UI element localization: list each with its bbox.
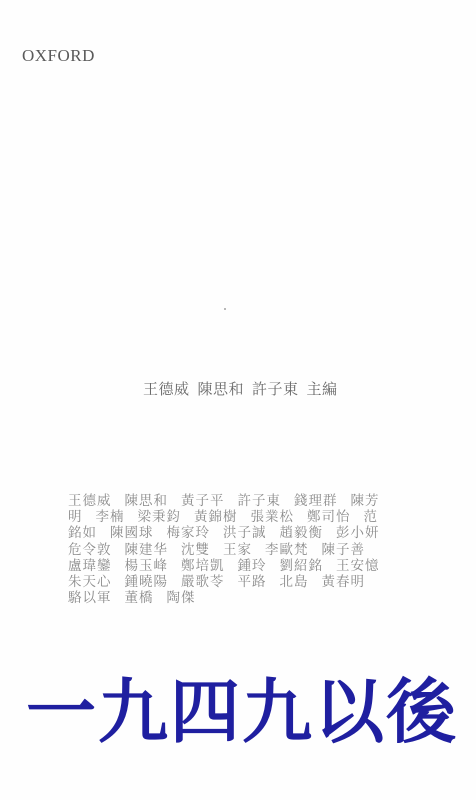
- contributor-name: 楊玉峰: [125, 558, 169, 574]
- contributor-name: 黃春明: [322, 574, 366, 590]
- contributor-name: 王安憶: [336, 558, 380, 574]
- contributor-name: 黃錦樹: [194, 509, 238, 525]
- editor-name: 許子東: [252, 380, 299, 398]
- contributor-name: 陶傑: [167, 590, 196, 606]
- contributors-row: 盧瑋鑾楊玉峰鄭培凱鍾玲劉紹銘王安憶: [68, 558, 448, 574]
- contributor-name: 彭小妍: [336, 525, 380, 541]
- contributor-name: 鍾玲: [238, 558, 267, 574]
- contributor-name: 危令敦: [68, 542, 112, 558]
- contributor-name: 范: [364, 509, 379, 525]
- contributor-name: 王家: [223, 542, 252, 558]
- contributors-row: 明李楠梁秉鈞黃錦樹張業松鄭司怡范: [68, 509, 448, 525]
- contributor-name: 銘如: [68, 525, 97, 541]
- contributor-name: 鄭培凱: [181, 558, 225, 574]
- contributor-name: 陳國球: [110, 525, 154, 541]
- editor-name: 王德威: [143, 380, 190, 398]
- contributors-row: 銘如陳國球梅家玲洪子誠趙毅衡彭小妍: [68, 525, 448, 541]
- editor-name: 陳思和: [198, 380, 245, 398]
- book-cover: OXFORD 王德威陳思和許子東主編 王德威陳思和黃子平許子東錢理群陳芳 明李楠…: [0, 0, 476, 800]
- contributor-name: 沈雙: [181, 542, 210, 558]
- contributor-name: 李楠: [96, 509, 125, 525]
- contributor-name: 張業松: [251, 509, 295, 525]
- contributor-name: 朱天心: [68, 574, 112, 590]
- contributor-name: 梁秉鈞: [138, 509, 182, 525]
- contributors-list: 王德威陳思和黃子平許子東錢理群陳芳 明李楠梁秉鈞黃錦樹張業松鄭司怡范 銘如陳國球…: [68, 493, 448, 606]
- editor-role: 主編: [307, 380, 338, 398]
- contributors-row: 危令敦陳建华沈雙王家李歐梵陳子善: [68, 542, 448, 558]
- contributors-row: 駱以軍董橋陶傑: [68, 590, 448, 606]
- contributor-name: 明: [68, 509, 83, 525]
- contributor-name: 梅家玲: [167, 525, 211, 541]
- contributor-name: 陳建华: [125, 542, 169, 558]
- contributor-name: 劉紹銘: [280, 558, 324, 574]
- contributor-name: 陳芳: [351, 493, 380, 509]
- contributor-name: 北島: [280, 574, 309, 590]
- contributor-name: 鍾曉陽: [125, 574, 169, 590]
- contributor-name: 嚴歌苓: [181, 574, 225, 590]
- contributor-name: 平路: [238, 574, 267, 590]
- contributor-name: 盧瑋鑾: [68, 558, 112, 574]
- contributor-name: 洪子誠: [223, 525, 267, 541]
- decorative-dot: [224, 308, 226, 310]
- contributor-name: 董橋: [125, 590, 154, 606]
- contributor-name: 許子東: [238, 493, 282, 509]
- contributors-row: 王德威陳思和黃子平許子東錢理群陳芳: [68, 493, 448, 509]
- contributors-row: 朱天心鍾曉陽嚴歌苓平路北島黃春明: [68, 574, 448, 590]
- editors-line: 王德威陳思和許子東主編: [143, 378, 346, 399]
- contributor-name: 駱以軍: [68, 590, 112, 606]
- contributor-name: 鄭司怡: [307, 509, 351, 525]
- book-title: 一九四九以後: [26, 672, 476, 752]
- contributor-name: 錢理群: [294, 493, 338, 509]
- contributor-name: 陳思和: [125, 493, 169, 509]
- contributor-name: 黃子平: [181, 493, 225, 509]
- contributor-name: 趙毅衡: [280, 525, 324, 541]
- contributor-name: 王德威: [68, 493, 112, 509]
- contributor-name: 李歐梵: [265, 542, 309, 558]
- publisher-logo: OXFORD: [22, 46, 95, 66]
- contributor-name: 陳子善: [322, 542, 366, 558]
